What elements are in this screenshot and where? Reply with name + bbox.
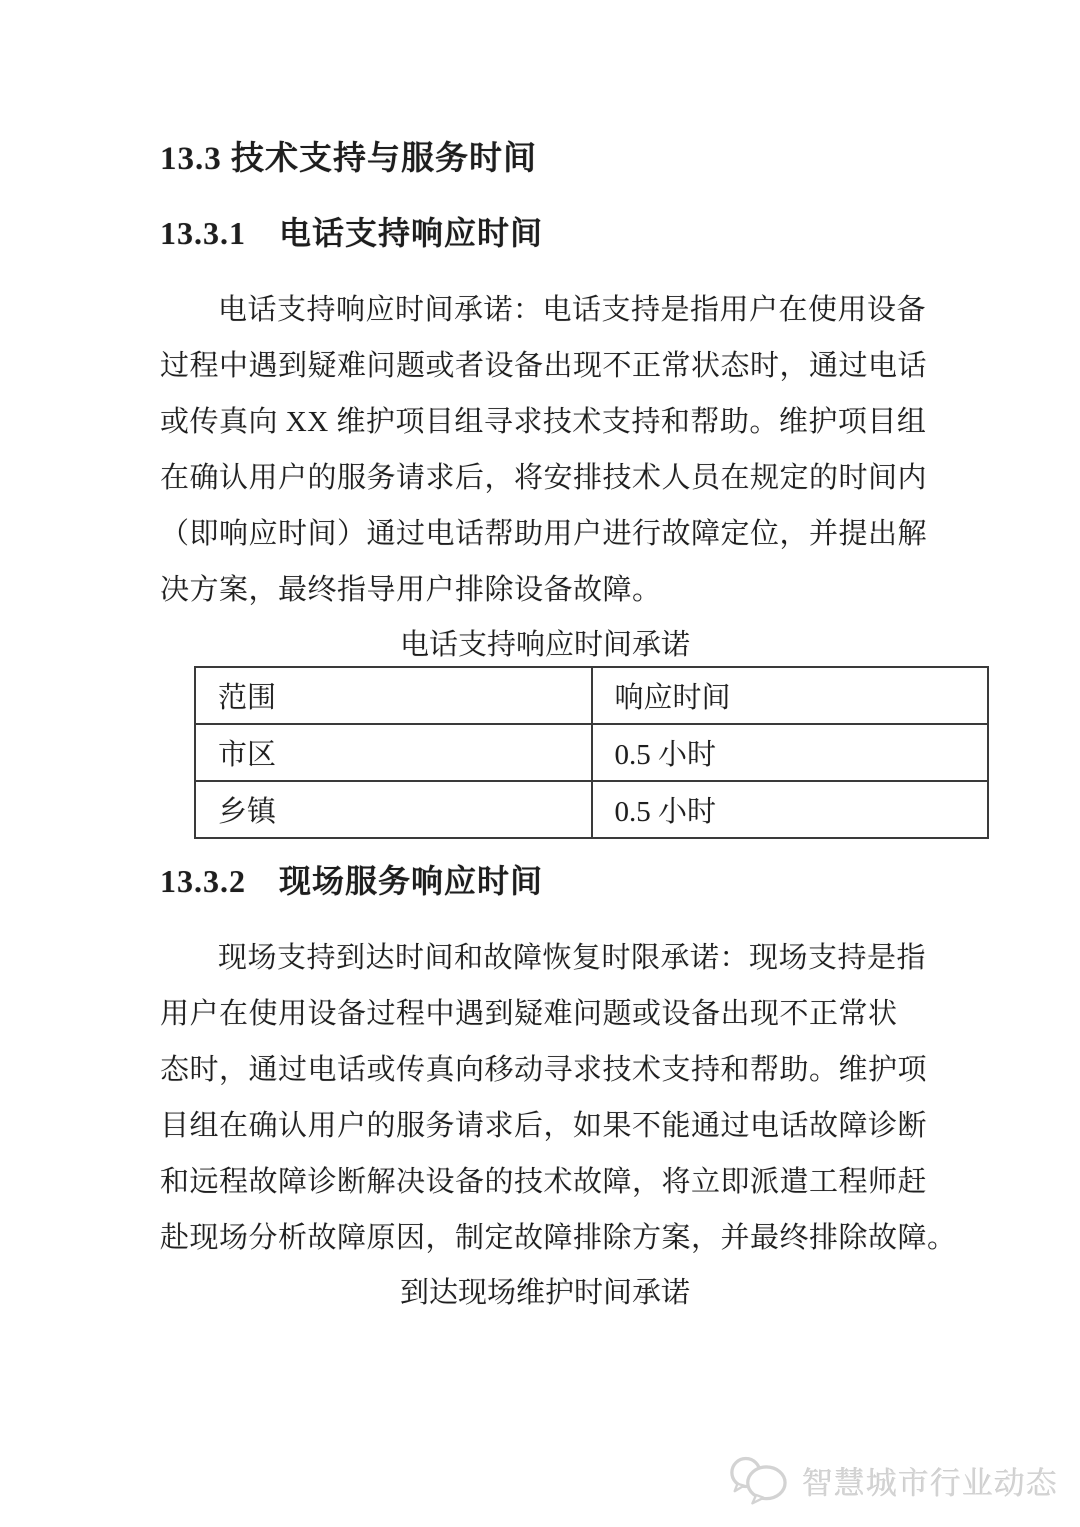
table-row: 乡镇 0.5 小时 bbox=[195, 781, 988, 838]
document-page: 13.3 技术支持与服务时间 13.3.1 电话支持响应时间 电话支持响应时间承… bbox=[0, 0, 1080, 1527]
paragraph-phone-support: 电话支持响应时间承诺：电话支持是指用户在使用设备 过程中遇到疑难问题或者设备出现… bbox=[160, 282, 982, 618]
phone-response-table: 范围 响应时间 市区 0.5 小时 乡镇 0.5 小时 bbox=[194, 666, 989, 839]
table-caption-onsite-arrival: 到达现场维护时间承诺 bbox=[160, 1272, 930, 1314]
chat-bubbles-icon bbox=[724, 1452, 792, 1508]
table-row: 市区 0.5 小时 bbox=[195, 724, 988, 781]
paragraph-onsite-support: 现场支持到达时间和故障恢复时限承诺：现场支持是指 用户在使用设备过程中遇到疑难问… bbox=[160, 930, 982, 1266]
table-cell-response-time: 0.5 小时 bbox=[592, 724, 989, 781]
section-heading-13-3-2: 13.3.2 现场服务响应时间 bbox=[160, 861, 982, 901]
watermark-label: 智慧城市行业动态 bbox=[802, 1458, 1058, 1503]
table-header-row: 范围 响应时间 bbox=[195, 667, 988, 724]
table-cell-response-time: 0.5 小时 bbox=[592, 781, 989, 838]
table-caption-phone-response: 电话支持响应时间承诺 bbox=[160, 624, 930, 666]
table-header-response-time: 响应时间 bbox=[592, 667, 989, 724]
table-header-scope: 范围 bbox=[195, 667, 592, 724]
table-cell-scope: 乡镇 bbox=[195, 781, 592, 838]
table-cell-scope: 市区 bbox=[195, 724, 592, 781]
section-heading-13-3: 13.3 技术支持与服务时间 bbox=[160, 138, 982, 180]
watermark: 智慧城市行业动态 bbox=[724, 1452, 1058, 1508]
document-content: 13.3 技术支持与服务时间 13.3.1 电话支持响应时间 电话支持响应时间承… bbox=[160, 138, 982, 1314]
section-heading-13-3-1: 13.3.1 电话支持响应时间 bbox=[160, 213, 982, 253]
